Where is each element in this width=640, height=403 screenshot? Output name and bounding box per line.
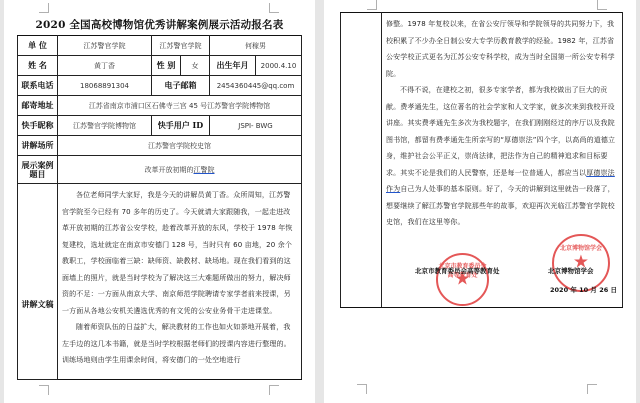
- venue-value[interactable]: 江苏警官学院校史馆: [58, 136, 302, 156]
- document-viewport: 2020 全国高校博物馆优秀讲解案例展示活动报名表 单 位 江苏警官学院 江苏警…: [0, 0, 640, 403]
- birth-label: 出生年月: [210, 56, 256, 76]
- margin-corner-mark: [367, 0, 377, 10]
- name-value[interactable]: 黄丁香: [58, 56, 152, 76]
- gender-value[interactable]: 女: [181, 56, 210, 76]
- unit-value-2[interactable]: 江苏警官学院: [152, 36, 210, 56]
- margin-corner-mark: [357, 384, 367, 394]
- signature-org-museum: 北京博物馆学会: [548, 266, 594, 275]
- margin-corner-mark: [587, 384, 597, 394]
- script-paragraph-4: 不得不说，在建校之初，很多专家学者，都为我校做出了巨大的贡献。费孝通先生，这位著…: [386, 82, 618, 231]
- margin-corner-mark: [39, 385, 49, 395]
- signature-date: 2020 年 10 月 26 日: [550, 285, 617, 294]
- case-title-value[interactable]: 改革开放初期的江警院: [58, 156, 302, 184]
- email-label: 电子邮箱: [152, 76, 210, 96]
- kuaishou-id-label: 快手用户 ID: [152, 116, 210, 136]
- page-1: 2020 全国高校博物馆优秀讲解案例展示活动报名表 单 位 江苏警官学院 江苏警…: [4, 0, 315, 403]
- script-text-page1[interactable]: 各位老师同学大家好，我是今天的讲解员黄丁香。众所周知，江苏警官学院至今已经有 7…: [58, 184, 302, 380]
- unit-contact[interactable]: 何稼男: [210, 36, 302, 56]
- row-venue: 讲解场所 江苏警官学院校史馆: [18, 136, 302, 156]
- kuaishou-nick-label: 快手昵称: [18, 116, 58, 136]
- address-value[interactable]: 江苏省南京市浦口区石佛寺三宫 45 号江苏警官学院博物馆: [58, 96, 302, 116]
- row-case-title: 展示案例题目 改革开放初期的江警院: [18, 156, 302, 184]
- script-label-cell-empty: [341, 13, 382, 308]
- gender-label: 性 别: [152, 56, 181, 76]
- row-script: 讲解文稿 各位老师同学大家好，我是今天的讲解员黄丁香。众所周知，江苏警官学院至今…: [18, 184, 302, 380]
- margin-corner-mark: [269, 3, 279, 13]
- script-paragraph-3: 修整。1978 年复校以来，在省公安厅领导和学院领导的共同努力下，我校积累了不少…: [386, 16, 618, 82]
- kuaishou-id-value[interactable]: JSPI- BWG: [210, 116, 302, 136]
- script-paragraph-1: 各位老师同学大家好，我是今天的讲解员黄丁香。众所周知，江苏警官学院至今已经有 7…: [62, 187, 297, 319]
- address-label: 邮寄地址: [18, 96, 58, 116]
- official-seal-museum-society: 北京博物馆学会 ★: [552, 234, 610, 292]
- signature-org-education: 北京市教育委员会高等教育处: [415, 266, 500, 275]
- name-label: 姓 名: [18, 56, 58, 76]
- phone-value[interactable]: 18068891304: [58, 76, 152, 96]
- row-unit: 单 位 江苏警官学院 江苏警官学院 何稼男: [18, 36, 302, 56]
- kuaishou-nick-value[interactable]: 江苏警官学院博物馆: [58, 116, 152, 136]
- unit-value[interactable]: 江苏警官学院: [58, 36, 152, 56]
- case-title-text: 改革开放初期的: [145, 166, 194, 174]
- margin-corner-mark: [269, 385, 279, 395]
- unit-label: 单 位: [18, 36, 58, 56]
- case-title-label: 展示案例题目: [18, 156, 58, 184]
- row-name: 姓 名 黄丁香 性 别 女 出生年月 2000.4.10: [18, 56, 302, 76]
- case-title-underlined: 江警院: [194, 166, 215, 174]
- page-2: 修整。1978 年复校以来，在省公安厅领导和学院领导的共同努力下，我校积累了不少…: [324, 0, 636, 403]
- script-paragraph-2: 随着师资队伍的日益扩大，解决教材的工作也如火如荼地开展着，我左手边的这几本书籍，…: [62, 319, 297, 369]
- margin-corner-mark: [597, 0, 607, 10]
- row-phone: 联系电话 18068891304 电子邮箱 2454360445@qq.com: [18, 76, 302, 96]
- registration-form-table: 单 位 江苏警官学院 江苏警官学院 何稼男 姓 名 黄丁香 性 别 女 出生年月…: [17, 35, 302, 380]
- birth-value[interactable]: 2000.4.10: [256, 56, 302, 76]
- email-value[interactable]: 2454360445@qq.com: [210, 76, 302, 96]
- official-seal-education-committee: 北京市教育委员会 高等教育处 ★: [436, 253, 489, 306]
- phone-label: 联系电话: [18, 76, 58, 96]
- margin-corner-mark: [39, 3, 49, 13]
- row-address: 邮寄地址 江苏省南京市浦口区石佛寺三宫 45 号江苏警官学院博物馆: [18, 96, 302, 116]
- document-title: 2020 全国高校博物馆优秀讲解案例展示活动报名表: [4, 17, 315, 32]
- row-kuaishou: 快手昵称 江苏警官学院博物馆 快手用户 ID JSPI- BWG: [18, 116, 302, 136]
- script-label: 讲解文稿: [18, 184, 58, 380]
- venue-label: 讲解场所: [18, 136, 58, 156]
